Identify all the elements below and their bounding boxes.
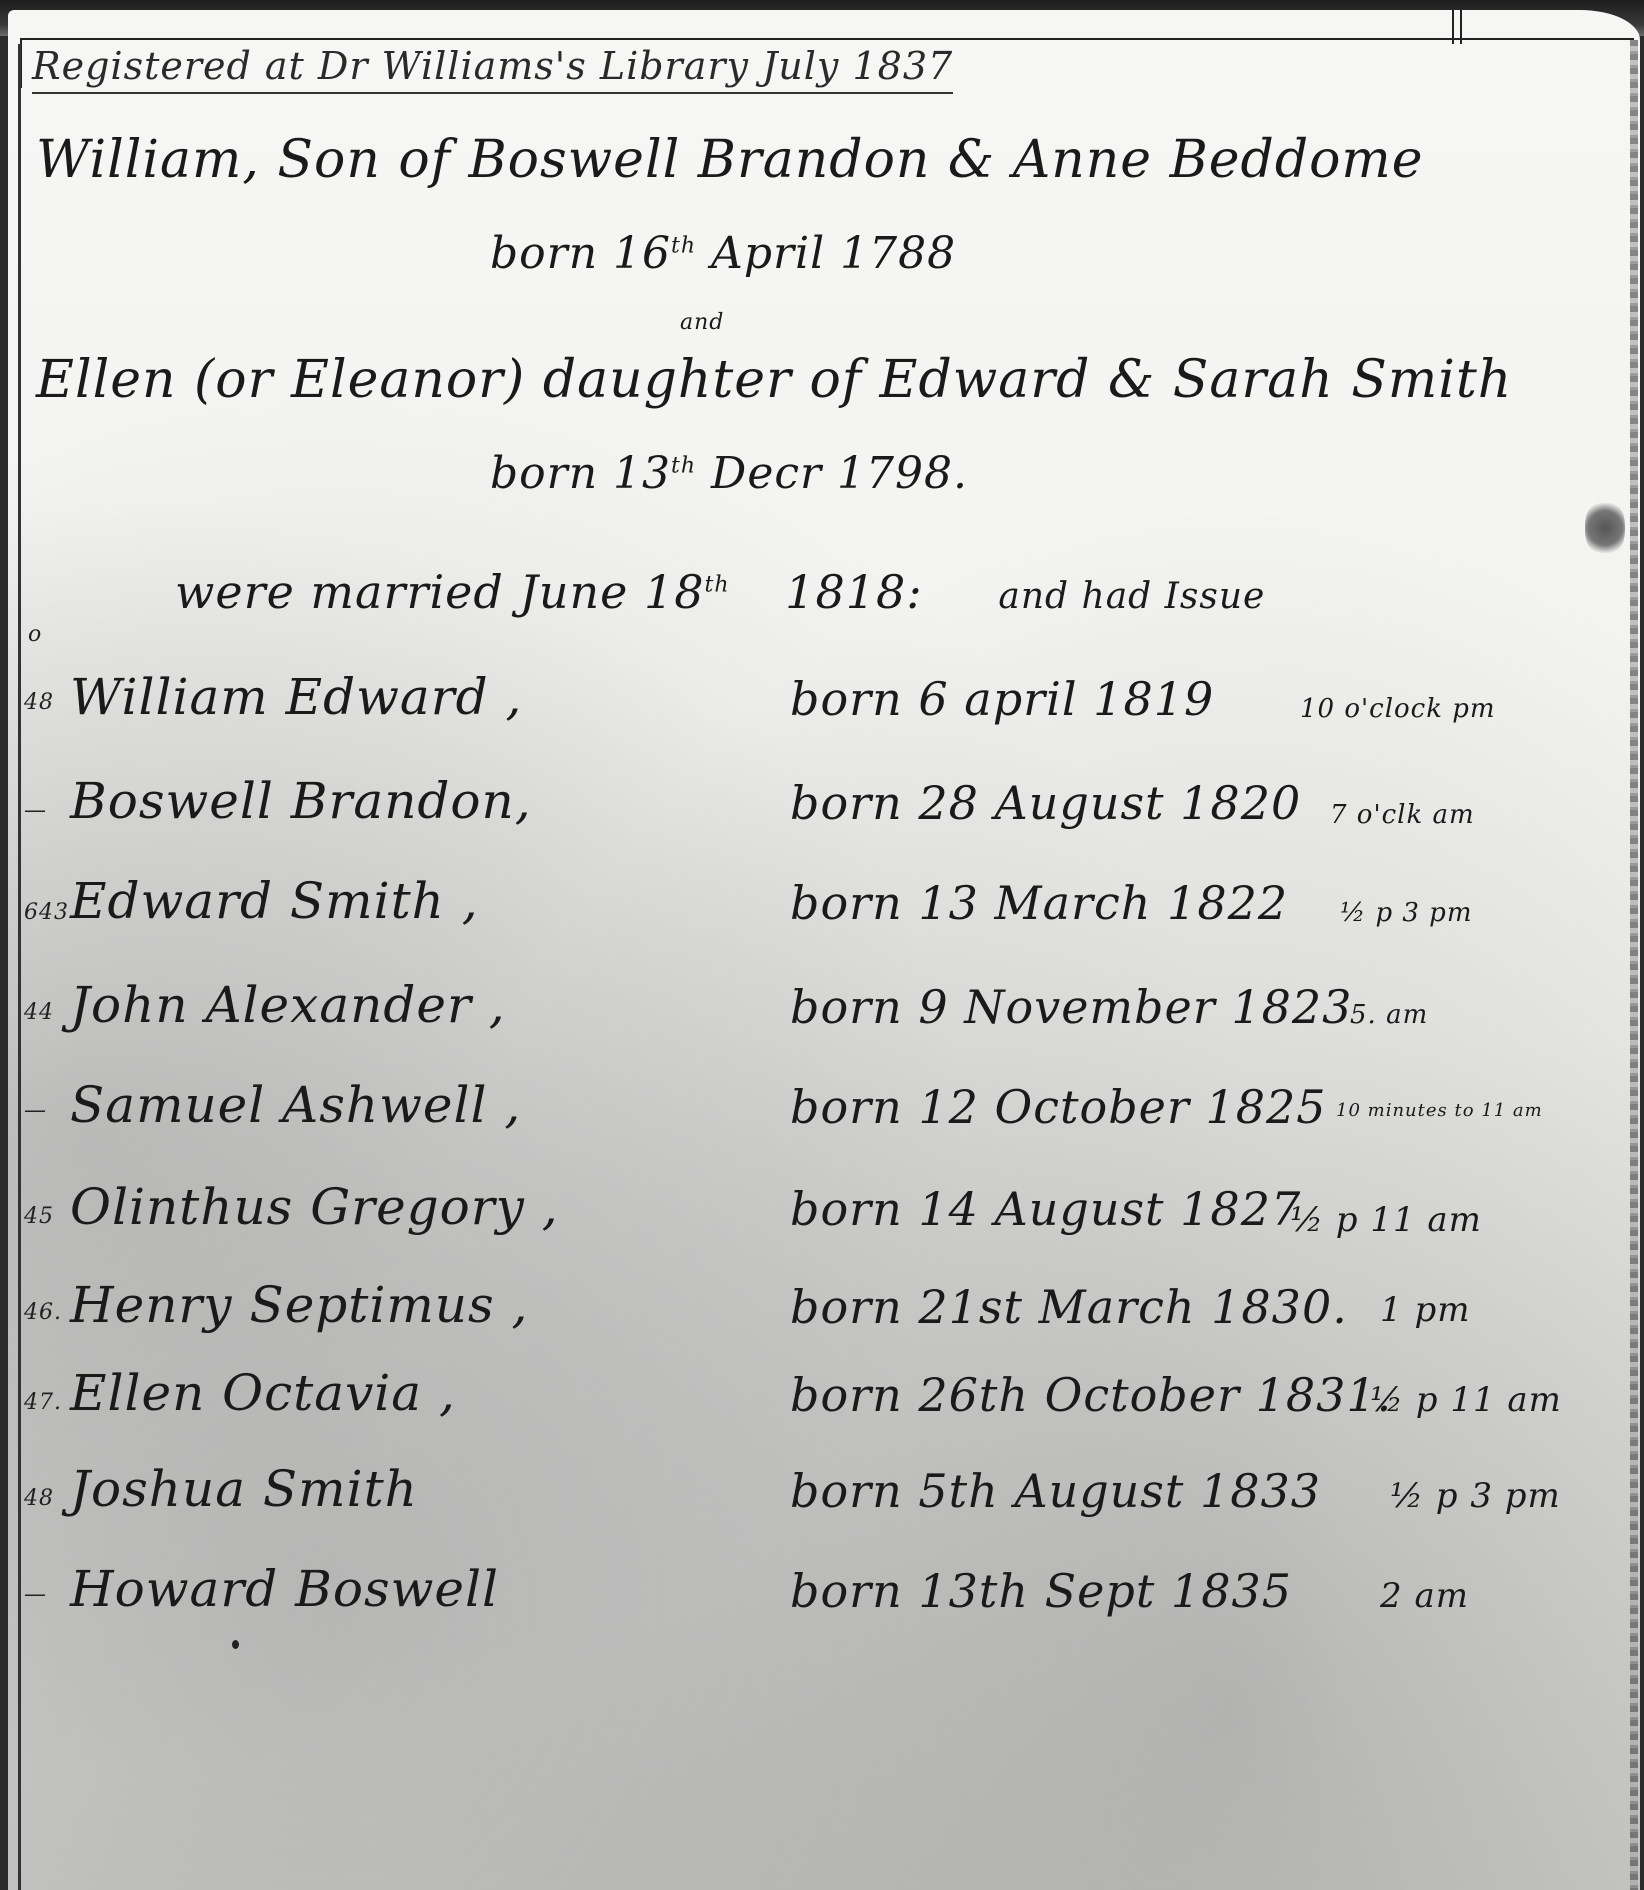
issue-note: and had Issue xyxy=(998,576,1265,617)
margin-number: 44 xyxy=(24,1000,54,1025)
child-name: John Alexander , xyxy=(70,976,506,1034)
margin-number: 45 xyxy=(24,1204,54,1229)
ordinal-suffix: th xyxy=(705,573,730,598)
birth-day: 16 xyxy=(613,228,671,279)
child-birth-time: 10 o'clock pm xyxy=(1300,694,1496,724)
ink-stain xyxy=(1585,500,1625,556)
child-birth-date: born 5th August 1833 xyxy=(790,1464,1321,1518)
child-birth-time: 10 minutes to 11 am xyxy=(1336,1100,1576,1121)
left-margin-rule xyxy=(18,44,21,1890)
child-birth-date: born 6 april 1819 xyxy=(790,672,1214,726)
child-birth-date: born 12 October 1825 xyxy=(790,1080,1327,1134)
child-name: Joshua Smith xyxy=(70,1460,418,1518)
margin-number: 643 xyxy=(24,900,69,925)
child-birth-time: ½ p 3 pm xyxy=(1390,1476,1561,1516)
ink-dot xyxy=(232,1640,239,1649)
child-name: Ellen Octavia , xyxy=(70,1364,456,1422)
child-birth-date: born 28 August 1820 xyxy=(790,776,1301,830)
child-birth-time: 7 o'clk am xyxy=(1330,800,1475,830)
registration-note: Registered at Dr Williams's Library July… xyxy=(32,44,953,94)
child-birth-time: 2 am xyxy=(1380,1576,1469,1616)
margin-number: — xyxy=(24,1582,47,1607)
birth-month-year: April 1788 xyxy=(711,228,956,279)
birth-month-year: Decr 1798. xyxy=(711,448,968,499)
child-birth-date: born 13th Sept 1835 xyxy=(790,1564,1292,1618)
page-right-edge xyxy=(1630,40,1638,1890)
father-entry: William, Son of Boswell Brandon & Anne B… xyxy=(36,130,1424,190)
marriage-entry: were married June 18th 1818: and had Iss… xyxy=(175,565,1265,619)
child-name: William Edward , xyxy=(70,668,522,726)
child-birth-date: born 9 November 1823 xyxy=(790,980,1352,1034)
child-birth-time: 1 pm xyxy=(1380,1290,1470,1330)
marriage-year: 1818: xyxy=(785,565,923,619)
child-birth-time: ½ p 3 pm xyxy=(1340,898,1472,928)
mother-birth: born 13th Decr 1798. xyxy=(490,448,968,499)
child-birth-date: born 14 August 1827 xyxy=(790,1182,1301,1236)
child-birth-date: born 21st March 1830. xyxy=(790,1280,1348,1334)
child-birth-time: ½ p 11 am xyxy=(1370,1380,1562,1420)
born-label: born xyxy=(490,448,598,499)
born-label: born xyxy=(490,228,598,279)
margin-number: 48 xyxy=(24,690,54,715)
father-birth: born 16th April 1788 xyxy=(490,228,956,279)
child-name: Boswell Brandon, xyxy=(70,772,532,830)
margin-number: 46. xyxy=(24,1300,62,1325)
margin-number: 47. xyxy=(24,1390,62,1415)
child-name: Samuel Ashwell , xyxy=(70,1076,521,1134)
child-birth-date: born 26th October 1831. xyxy=(790,1368,1392,1422)
child-name: Howard Boswell xyxy=(70,1560,499,1618)
mother-entry: Ellen (or Eleanor) daughter of Edward & … xyxy=(36,350,1512,410)
child-name: Henry Septimus , xyxy=(70,1276,528,1334)
ordinal-suffix: th xyxy=(671,233,696,258)
child-birth-time: ½ p 11 am xyxy=(1290,1200,1482,1240)
margin-number: — xyxy=(24,1098,47,1123)
margin-number: — xyxy=(24,798,47,823)
child-birth-time: 5. am xyxy=(1350,1000,1428,1030)
conjunction-and: and xyxy=(680,310,724,335)
margin-number: 48 xyxy=(24,1486,54,1511)
margin-mark: o xyxy=(28,622,42,647)
child-name: Edward Smith , xyxy=(70,872,479,930)
marriage-date: were married June 18 xyxy=(175,565,705,619)
child-birth-date: born 13 March 1822 xyxy=(790,876,1288,930)
ordinal-suffix: th xyxy=(671,453,696,478)
child-name: Olinthus Gregory , xyxy=(70,1178,559,1236)
birth-day: 13 xyxy=(613,448,671,499)
